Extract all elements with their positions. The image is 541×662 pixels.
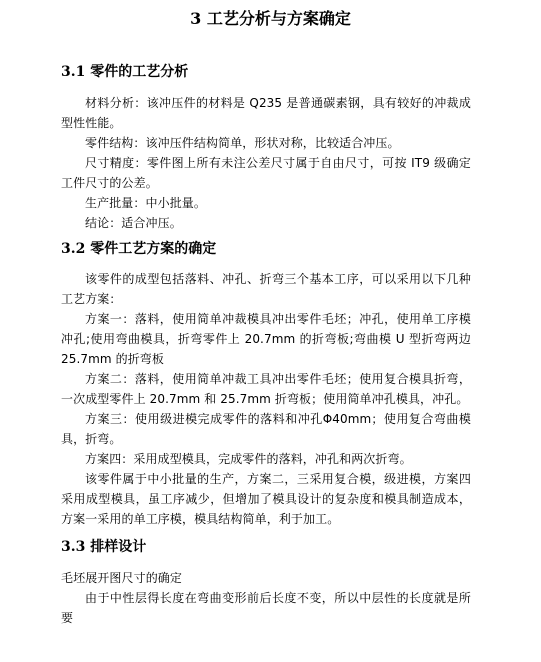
paragraph-conclusion: 结论：适合冲压。: [61, 213, 471, 233]
section-heading-3-2: 3.2 零件工艺方案的确定: [61, 239, 216, 259]
paragraph-plan-2: 方案二：落料，使用简单冲裁工具冲出零件毛坯；使用复合模具折弯，一次成型零件上 2…: [61, 369, 471, 409]
chapter-title: 3 工艺分析与方案确定: [0, 8, 541, 30]
paragraph-material: 材料分析：该冲压件的材料是 Q235 是普通碳素钢，具有较好的冲裁成型性性能。: [61, 93, 471, 133]
paragraph-structure: 零件结构：该冲压件结构简单，形状对称，比较适合冲压。: [61, 133, 471, 153]
paragraph-neutral-layer: 由于中性层得长度在弯曲变形前后长度不变，所以中层性的长度就是所要: [61, 588, 471, 628]
subheading-blank-size: 毛坯展开图尺寸的确定: [61, 568, 471, 588]
paragraph-plan-3: 方案三：使用级进模完成零件的落料和冲孔Φ40mm；使用复合弯曲模具，折弯。: [61, 409, 471, 449]
section-heading-3-3: 3.3 排样设计: [61, 537, 146, 557]
paragraph-comparison: 该零件属于中小批量的生产，方案二，三采用复合模，级进模，方案四采用成型模具，虽工…: [61, 469, 471, 529]
paragraph-precision: 尺寸精度：零件图上所有未注公差尺寸属于自由尺寸，可按 IT9 级确定工件尺寸的公…: [61, 153, 471, 193]
document-page: 3 工艺分析与方案确定 3.1 零件的工艺分析 材料分析：该冲压件的材料是 Q2…: [0, 0, 541, 662]
paragraph-plan-4: 方案四：采用成型模具，完成零件的落料，冲孔和两次折弯。: [61, 449, 471, 469]
paragraph-plan-1: 方案一：落料，使用简单冲裁模具冲出零件毛坯；冲孔，使用单工序模冲孔;使用弯曲模具…: [61, 309, 471, 369]
paragraph-intro: 该零件的成型包括落料、冲孔、折弯三个基本工序，可以采用以下几种工艺方案：: [61, 269, 471, 309]
paragraph-batch: 生产批量：中小批量。: [61, 193, 471, 213]
section-heading-3-1: 3.1 零件的工艺分析: [61, 62, 188, 82]
